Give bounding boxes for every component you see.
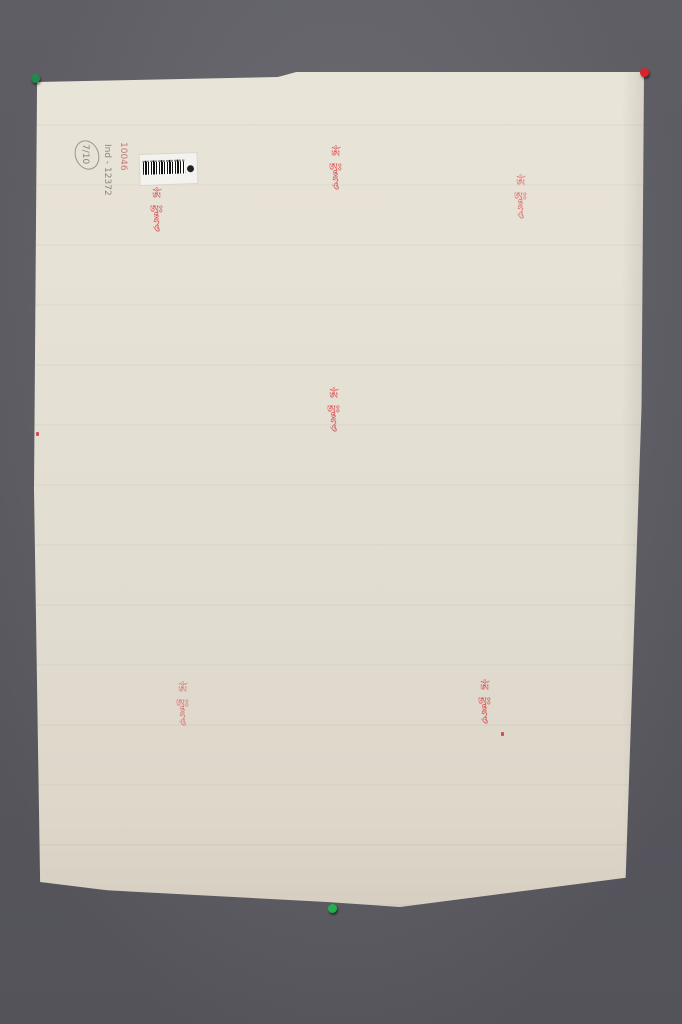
inscription-top-right: ཨོཾཨཱཿཧཱུྃ <box>508 177 532 216</box>
top-left-pin <box>31 74 40 83</box>
inscription-top-center: ཨོཾཨཱཿཧཱུྃ <box>323 148 347 187</box>
pencil-circled-note: 7/10 <box>80 144 90 164</box>
label-logo-icon <box>187 165 194 172</box>
red-pencil-note: 10046 <box>118 142 128 171</box>
pencil-catalog-note: Ind - 12372 <box>102 144 112 196</box>
barcode-label <box>138 152 198 186</box>
inscription-center: ཨོཾཨཱཿཧཱུྃ <box>321 390 345 429</box>
inscription-bottom-right: ཨོཾཨཱཿཧཱུྃ <box>472 682 496 721</box>
barcode <box>143 159 185 174</box>
scroll-paper: 7/10 Ind - 12372 10046 ཨོཾཨཱཿཧཱུྃ ཨོཾཨཱཿ… <box>34 72 644 907</box>
inscription-top-left: ཨོཾཨཱཿཧཱུྃ <box>144 190 168 229</box>
inscription-bottom-left: ཨོཾཨཱཿཧཱུྃ <box>170 684 194 723</box>
red-speck-edge <box>36 432 39 436</box>
bottom-center-pin <box>328 904 337 913</box>
top-right-pin <box>640 68 649 77</box>
red-speck <box>501 732 504 736</box>
